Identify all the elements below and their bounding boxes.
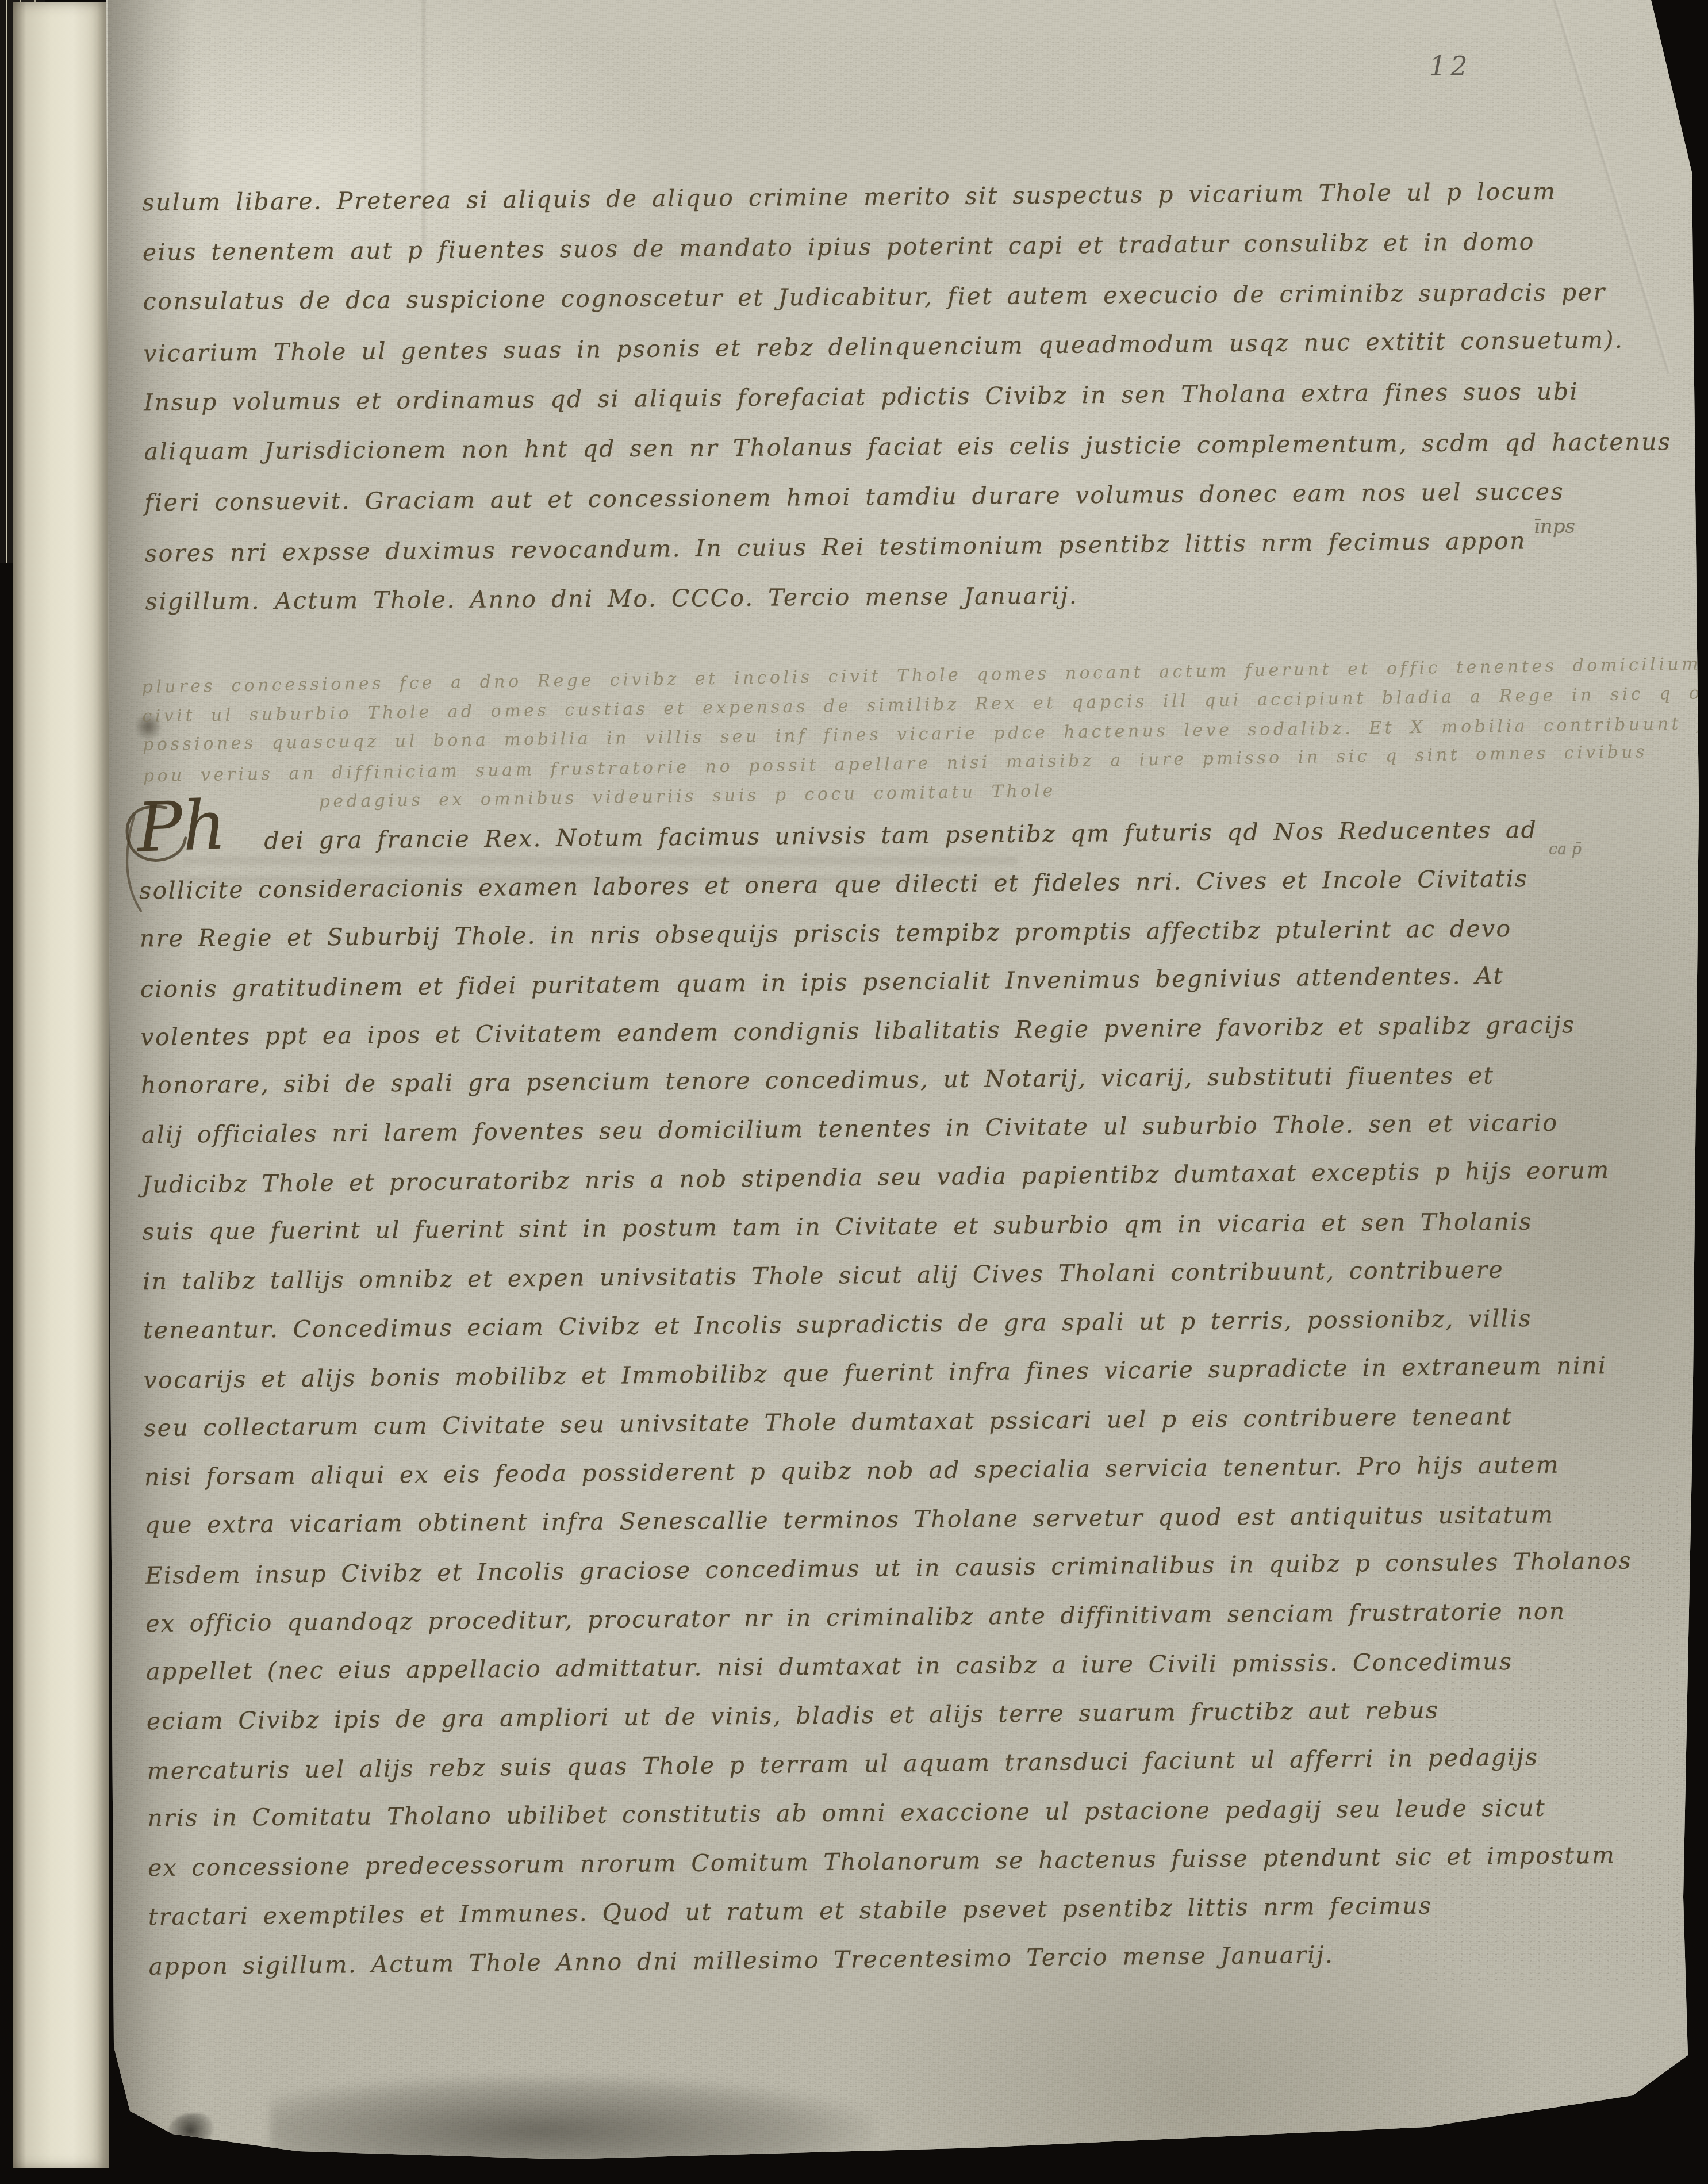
manuscript-line: aliquam Jurisdicionem non hnt qd sen nr … bbox=[144, 418, 1484, 477]
charter-text-block-upper: sulum libare. Preterea si aliquis de ali… bbox=[142, 167, 1485, 628]
manuscript-page: 12 īnps ca p̄ P yors sulum libare. Prete… bbox=[0, 0, 1708, 2184]
margin-note-right-mid: ca p̄ bbox=[1549, 840, 1582, 858]
manuscript-line: eius tenentem aut p fiuentes suos de man… bbox=[143, 217, 1483, 278]
manuscript-line: appellet (nec eius appellacio admittatur… bbox=[146, 1637, 1486, 1696]
manuscript-line: suis que fuerint ul fuerint sint in post… bbox=[142, 1197, 1482, 1256]
stain bbox=[270, 2075, 874, 2167]
manuscript-line: nris in Comitatu Tholano ubilibet consti… bbox=[147, 1784, 1487, 1843]
register-summary-note: plures concessiones fce a dno Rege civib… bbox=[141, 650, 1675, 819]
margin-note-right-upper: īnps bbox=[1534, 515, 1575, 538]
manuscript-photo: 12 īnps ca p̄ P yors sulum libare. Prete… bbox=[0, 0, 1708, 2184]
manuscript-line: honorare, sibi de spali gra psencium ten… bbox=[141, 1051, 1481, 1110]
folio-number: 12 bbox=[1429, 51, 1472, 82]
charter-text-block-main: dei gra francie Rex. Notum facimus univs… bbox=[139, 806, 1488, 1990]
manuscript-line: sigillum. Actum Thole. Anno dni Mo. CCCo… bbox=[145, 568, 1485, 627]
facing-page-edge bbox=[13, 2, 109, 2168]
